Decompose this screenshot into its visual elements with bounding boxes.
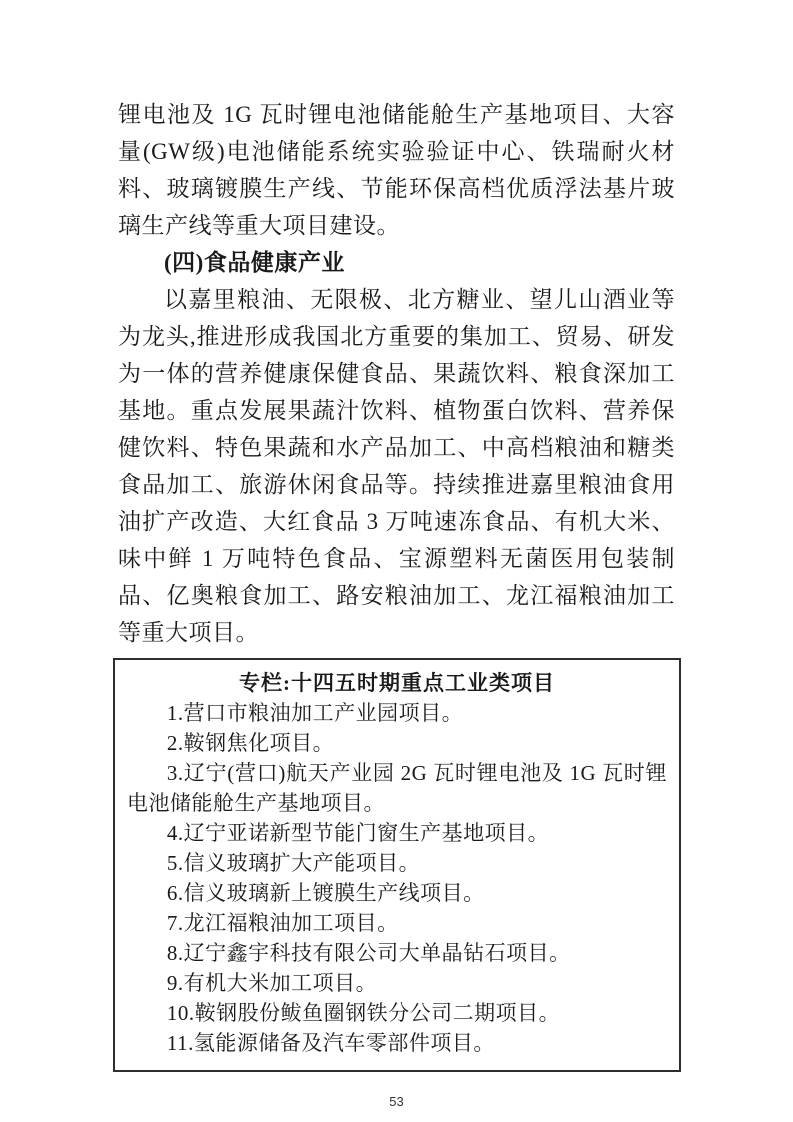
project-box-list-item: 8.辽宁鑫宇科技有限公司大单晶钻石项目。 [127,938,667,968]
project-box-list-item: 5.信义玻璃扩大产能项目。 [127,848,667,878]
page-number: 53 [118,1094,675,1109]
project-box-list-item: 11.氢能源储备及汽车零部件项目。 [127,1028,667,1058]
project-box-list-item: 9.有机大米加工项目。 [127,968,667,998]
project-box-list-item: 3.辽宁(营口)航天产业园 2G 瓦时锂电池及 1G 瓦时锂电池储能舱生产基地项… [127,758,667,818]
project-box-list-item: 7.龙江福粮油加工项目。 [127,908,667,938]
project-box-list-item: 4.辽宁亚诺新型节能门窗生产基地项目。 [127,818,667,848]
project-box-title: 专栏:十四五时期重点工业类项目 [127,668,667,698]
document-page: 锂电池及 1G 瓦时锂电池储能舱生产基地项目、大容量(GW级)电池储能系统实验验… [0,0,793,1122]
paragraph-food-industry: 以嘉里粮油、无限极、北方糖业、望儿山酒业等为龙头,推进形成我国北方重要的集加工、… [118,281,675,651]
project-box-list: 1.营口市粮油加工产业园项目。2.鞍钢焦化项目。3.辽宁(营口)航天产业园 2G… [127,698,667,1058]
project-column-box: 专栏:十四五时期重点工业类项目 1.营口市粮油加工产业园项目。2.鞍钢焦化项目。… [113,658,681,1072]
project-box-list-item: 6.信义玻璃新上镀膜生产线项目。 [127,878,667,908]
section-heading-food-health-industry: (四)食品健康产业 [118,244,675,281]
project-box-list-item: 2.鞍钢焦化项目。 [127,728,667,758]
paragraph-continuation: 锂电池及 1G 瓦时锂电池储能舱生产基地项目、大容量(GW级)电池储能系统实验验… [118,96,675,244]
project-box-list-item: 10.鞍钢股份鲅鱼圈钢铁分公司二期项目。 [127,998,667,1028]
project-box-list-item: 1.营口市粮油加工产业园项目。 [127,698,667,728]
